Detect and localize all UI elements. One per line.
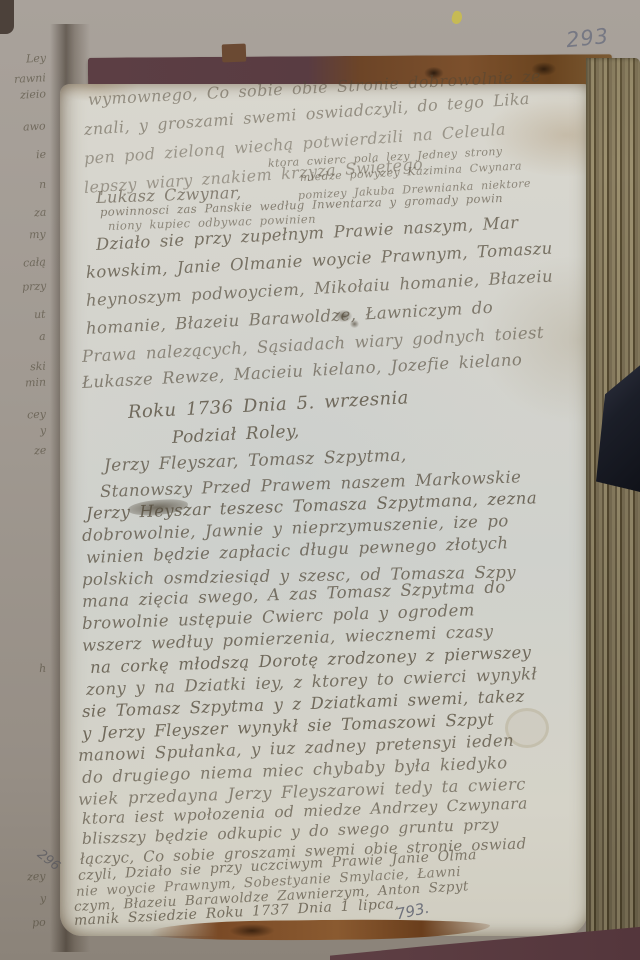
- text-layer: 293 793. 296 wymownego, Co sobie obie St…: [0, 0, 640, 960]
- manuscript-line: Podział Roley,: [171, 421, 300, 448]
- manuscript-scan: Leyrawnizieioawoienzamycałąprzyutaskimin…: [0, 0, 640, 960]
- manuscript-line: Roku 1736 Dnia 5. wrzesnia: [127, 387, 409, 423]
- pencil-page-number: 293: [565, 24, 610, 52]
- pencil-folio-number: 793.: [394, 899, 430, 924]
- manuscript-line: Jerzy Fleyszar, Tomasz Szpytma,: [104, 445, 407, 476]
- pencil-margin-mark: 296: [34, 847, 63, 874]
